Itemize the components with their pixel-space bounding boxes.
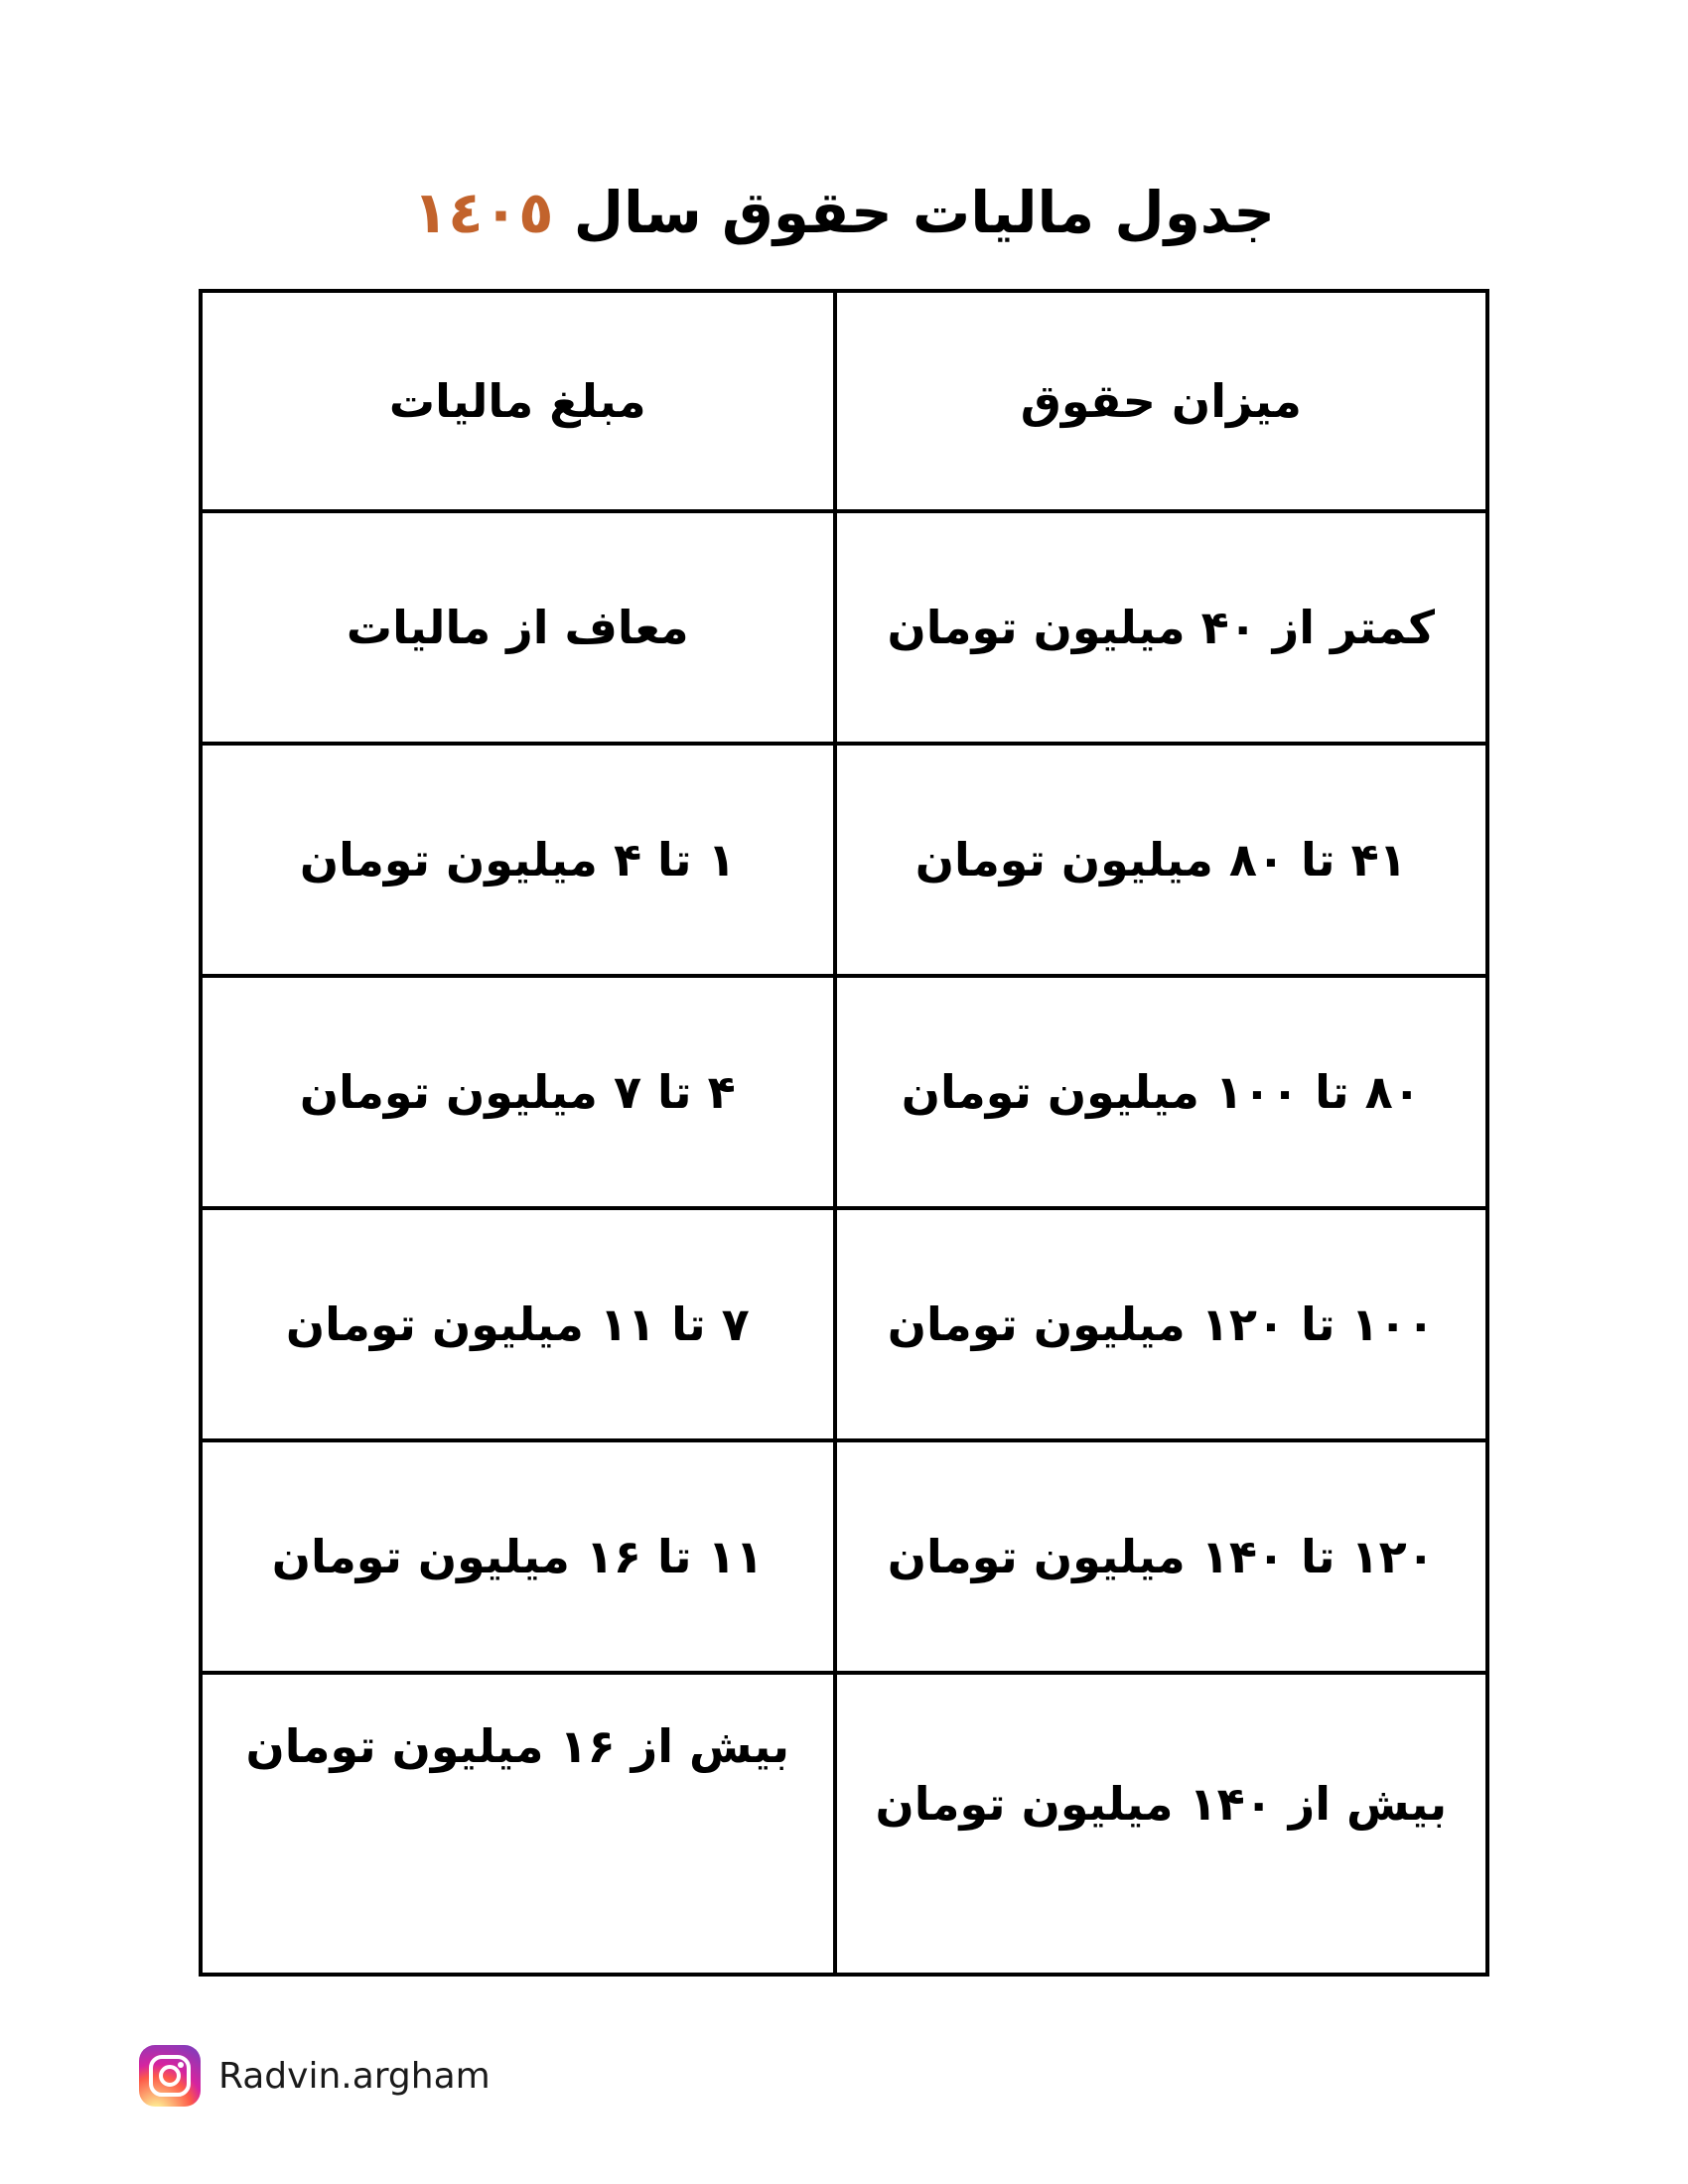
footer: Radvin.argham: [139, 2045, 491, 2107]
tax-cell: معاف از مالیات: [201, 511, 835, 744]
salary-cell: ۸۰ تا ۱۰۰ میلیون تومان: [835, 976, 1487, 1208]
salary-cell: کمتر از ۴۰ میلیون تومان: [835, 511, 1487, 744]
table-row: کمتر از ۴۰ میلیون تومان معاف از مالیات: [201, 511, 1487, 744]
tax-cell: بیش از ۱۶ میلیون تومان: [201, 1673, 835, 1975]
page-title: جدول مالیات حقوق سال ١٤٠٥: [199, 0, 1489, 241]
table-row: ۴۱ تا ۸۰ میلیون تومان ۱ تا ۴ میلیون توما…: [201, 744, 1487, 976]
header-salary-amount: میزان حقوق: [835, 291, 1487, 511]
salary-cell: ۱۰۰ تا ۱۲۰ میلیون تومان: [835, 1208, 1487, 1440]
tax-cell: ۱ تا ۴ میلیون تومان: [201, 744, 835, 976]
table-row: ۱۰۰ تا ۱۲۰ میلیون تومان ۷ تا ۱۱ میلیون ت…: [201, 1208, 1487, 1440]
instagram-handle: Radvin.argham: [218, 2056, 491, 2097]
header-tax-amount: مبلغ مالیات: [201, 291, 835, 511]
table-header-row: میزان حقوق مبلغ مالیات: [201, 291, 1487, 511]
table-row: ۱۲۰ تا ۱۴۰ میلیون تومان ۱۱ تا ۱۶ میلیون …: [201, 1440, 1487, 1673]
page-title-text: جدول مالیات حقوق سال: [554, 179, 1276, 246]
salary-tax-table: میزان حقوق مبلغ مالیات کمتر از ۴۰ میلیون…: [199, 289, 1489, 1977]
tax-cell: ۴ تا ۷ میلیون تومان: [201, 976, 835, 1208]
salary-cell: بیش از ۱۴۰ میلیون تومان: [835, 1673, 1487, 1975]
salary-cell: ۱۲۰ تا ۱۴۰ میلیون تومان: [835, 1440, 1487, 1673]
salary-cell: ۴۱ تا ۸۰ میلیون تومان: [835, 744, 1487, 976]
tax-cell: ۱۱ تا ۱۶ میلیون تومان: [201, 1440, 835, 1673]
instagram-icon: [139, 2045, 201, 2107]
table-row: بیش از ۱۴۰ میلیون تومان بیش از ۱۶ میلیون…: [201, 1673, 1487, 1975]
page-title-year: ١٤٠٥: [413, 179, 554, 246]
tax-cell: ۷ تا ۱۱ میلیون تومان: [201, 1208, 835, 1440]
instagram-camera-glyph: [148, 2054, 192, 2098]
page-container: جدول مالیات حقوق سال ١٤٠٥ میزان حقوق مبل…: [199, 0, 1489, 1977]
table-row: ۸۰ تا ۱۰۰ میلیون تومان ۴ تا ۷ میلیون توم…: [201, 976, 1487, 1208]
